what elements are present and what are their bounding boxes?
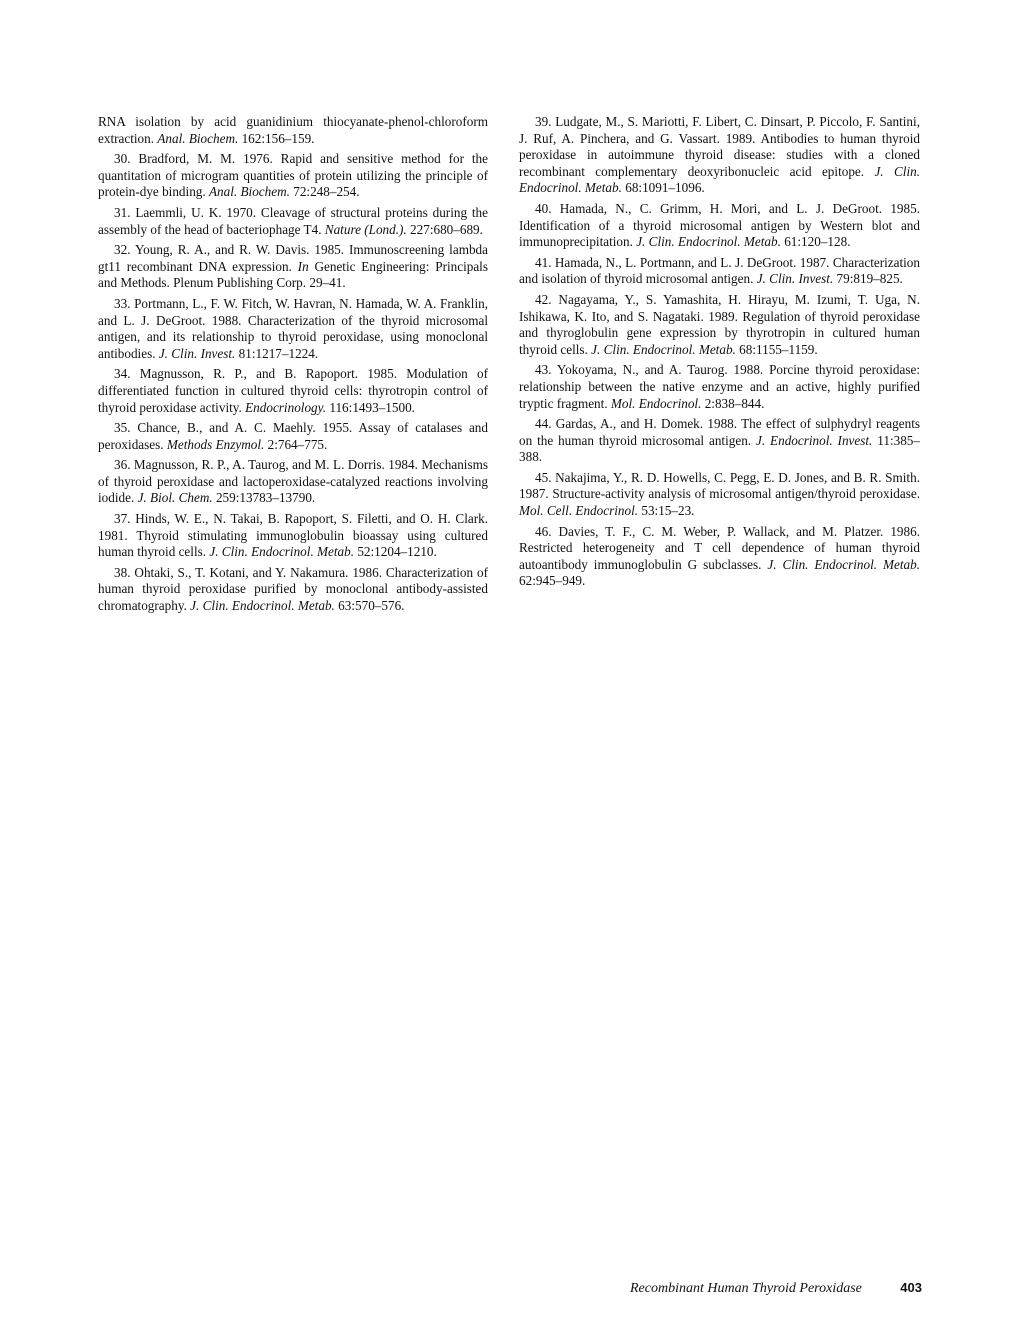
- journal-name: J. Clin. Endocrinol. Metab.: [591, 342, 736, 357]
- reference-39: 39. Ludgate, M., S. Mariotti, F. Libert,…: [519, 114, 920, 197]
- reference-31: 31. Laemmli, U. K. 1970. Cleavage of str…: [98, 205, 488, 238]
- references-left-column: RNA isolation by acid guanidinium thiocy…: [98, 114, 488, 619]
- journal-name: J. Endocrinol. Invest.: [756, 433, 872, 448]
- references-right-column: 39. Ludgate, M., S. Mariotti, F. Libert,…: [519, 114, 920, 594]
- reference-37: 37. Hinds, W. E., N. Takai, B. Rapoport,…: [98, 511, 488, 561]
- journal-name: Nature (Lond.).: [325, 222, 407, 237]
- journal-name: Endocrinology.: [245, 400, 326, 415]
- journal-name: Methods Enzymol.: [167, 437, 264, 452]
- journal-name: J. Clin. Endocrinol. Metab.: [190, 598, 335, 613]
- journal-name: Mol. Cell. Endocrinol.: [519, 503, 638, 518]
- page-number: 403: [900, 1280, 922, 1295]
- journal-name: Anal. Biochem.: [209, 184, 290, 199]
- reference-34: 34. Magnusson, R. P., and B. Rapoport. 1…: [98, 366, 488, 416]
- journal-name: J. Biol. Chem.: [138, 490, 213, 505]
- page-footer: Recombinant Human Thyroid Peroxidase 403: [630, 1280, 922, 1297]
- journal-name: J. Clin. Endocrinol. Metab.: [636, 234, 781, 249]
- reference-38: 38. Ohtaki, S., T. Kotani, and Y. Nakamu…: [98, 565, 488, 615]
- journal-name: Anal. Biochem.: [157, 131, 238, 146]
- reference-29-continued: RNA isolation by acid guanidinium thiocy…: [98, 114, 488, 147]
- reference-33: 33. Portmann, L., F. W. Fitch, W. Havran…: [98, 296, 488, 362]
- reference-43: 43. Yokoyama, N., and A. Taurog. 1988. P…: [519, 362, 920, 412]
- journal-name: J. Clin. Invest.: [159, 346, 236, 361]
- running-title: Recombinant Human Thyroid Peroxidase: [630, 1281, 862, 1297]
- journal-name: Mol. Endocrinol.: [611, 396, 701, 411]
- reference-35: 35. Chance, B., and A. C. Maehly. 1955. …: [98, 420, 488, 453]
- journal-name: In: [298, 259, 309, 274]
- reference-30: 30. Bradford, M. M. 1976. Rapid and sens…: [98, 151, 488, 201]
- reference-36: 36. Magnusson, R. P., A. Taurog, and M. …: [98, 457, 488, 507]
- journal-name: J. Clin. Endocrinol. Metab.: [209, 544, 354, 559]
- reference-46: 46. Davies, T. F., C. M. Weber, P. Walla…: [519, 524, 920, 590]
- journal-name: J. Clin. Invest.: [757, 271, 834, 286]
- reference-45: 45. Nakajima, Y., R. D. Howells, C. Pegg…: [519, 470, 920, 520]
- reference-41: 41. Hamada, N., L. Portmann, and L. J. D…: [519, 255, 920, 288]
- reference-42: 42. Nagayama, Y., S. Yamashita, H. Hiray…: [519, 292, 920, 358]
- reference-44: 44. Gardas, A., and H. Domek. 1988. The …: [519, 416, 920, 466]
- journal-name: J. Clin. Endocrinol. Metab.: [767, 557, 920, 572]
- reference-40: 40. Hamada, N., C. Grimm, H. Mori, and L…: [519, 201, 920, 251]
- reference-32: 32. Young, R. A., and R. W. Davis. 1985.…: [98, 242, 488, 292]
